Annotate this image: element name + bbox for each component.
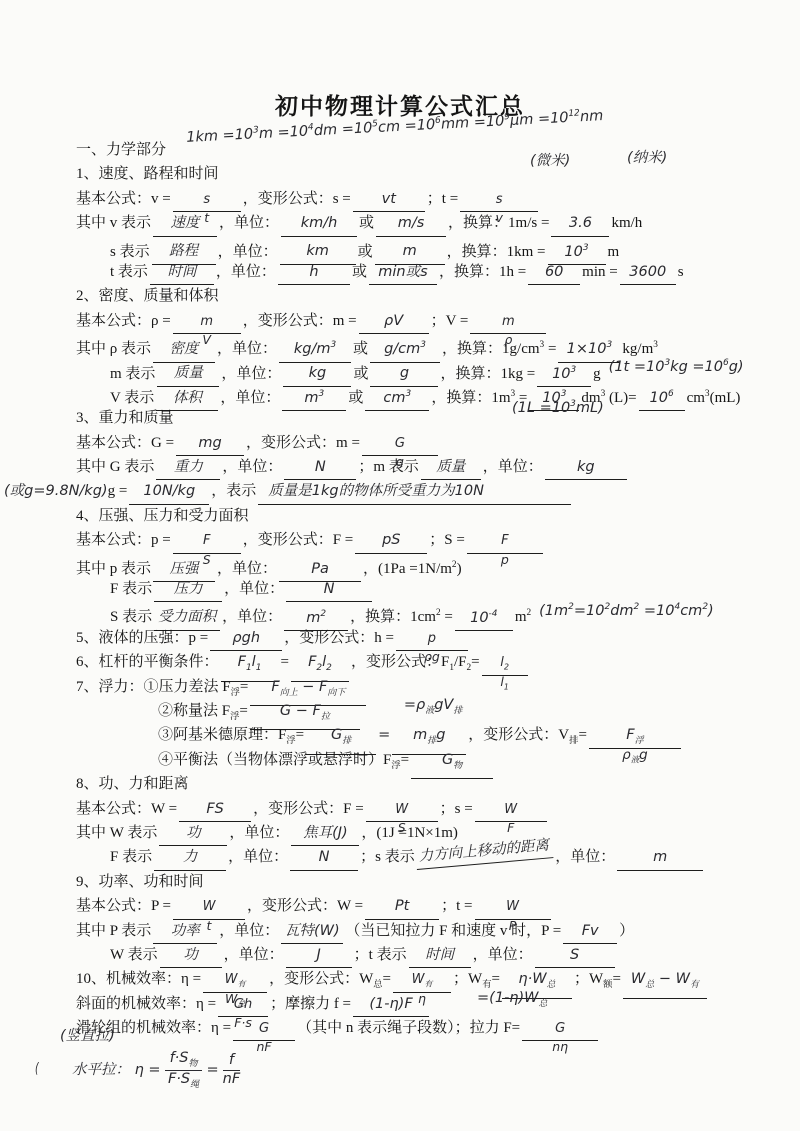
filled-blank: N <box>290 845 358 870</box>
printed-text: 或 <box>352 264 367 280</box>
superscript: 3 <box>511 389 516 399</box>
printed-text: ，变形公式：W = <box>247 898 363 914</box>
filled-blank: 质量是1kg的物体所受重力为10N <box>258 479 571 504</box>
fraction-denominator: P <box>475 920 551 933</box>
printed-text: ，变形公式：m = <box>243 313 357 329</box>
fraction-denominator: t <box>173 212 241 225</box>
formula-line: 5、液体的压强：p =ρgh，变形公式：h =pρg <box>0 626 800 650</box>
handwritten-text: (竖直拉) <box>60 1028 115 1044</box>
handwritten-fraction: f·S物F·S绳 <box>165 1050 203 1090</box>
superscript: 2 <box>604 603 610 613</box>
formula-line: s 表示路程，单位：km或m，换算：1km =103m <box>0 236 800 260</box>
formula-line: 1、速度、路程和时间 <box>0 162 800 186</box>
handwritten-text: (或g=9.8N/kg) <box>4 483 108 499</box>
filled-blank: N <box>284 455 356 480</box>
fraction-numerator: W <box>395 803 408 817</box>
printed-text: （其中 n 表示绳子段数）；拉力 F= <box>297 1020 520 1036</box>
filled-blank: 106 <box>639 382 685 411</box>
superscript: 3 <box>583 243 589 253</box>
filled-blank: 功 <box>159 821 227 846</box>
printed-text: cm3(mL) <box>687 390 741 406</box>
subscript: 2 <box>504 663 509 672</box>
printed-text: ；s 表示 <box>360 849 415 865</box>
superscript: -4 <box>489 609 498 619</box>
printed-text: ②称量法 F浮= <box>158 703 248 719</box>
fraction-numerator: f <box>223 1052 241 1070</box>
subscript: 有 <box>482 980 491 990</box>
subscript: 总 <box>373 980 382 990</box>
filled-blank: kg <box>545 455 627 480</box>
superscript: 3 <box>406 389 412 399</box>
superscript: 3 <box>653 340 658 350</box>
filled-blank: 时间 <box>150 260 214 285</box>
printed-text: ，单位： <box>224 947 284 963</box>
superscript: 3 <box>253 125 259 135</box>
filled-blank: FS <box>179 797 251 822</box>
printed-text: 或 <box>359 215 374 231</box>
printed-text: ，单位： <box>220 390 280 406</box>
handwritten-text: ( <box>35 1061 39 1077</box>
fraction-denominator: p <box>467 554 543 567</box>
fraction-denominator: ρ液g <box>589 749 681 764</box>
printed-text: ，单位： <box>229 825 289 841</box>
subscript: 浮 <box>286 736 295 746</box>
fraction-denominator: η <box>393 993 451 1006</box>
printed-text: ，变形公式：W总= <box>269 971 391 987</box>
formula-line: W 表示功，单位：J；t 表示时间，单位：S <box>0 943 800 967</box>
handwritten-text: = <box>378 727 390 743</box>
handwritten-annotation: (纳米) <box>627 146 667 167</box>
printed-text: m2 <box>515 609 531 625</box>
handwritten-text: 水平拉： η = <box>72 1062 161 1078</box>
subscript: 2 <box>326 663 332 673</box>
superscript: 2 <box>568 603 574 613</box>
superscript: 3 <box>420 340 426 350</box>
printed-text: ，(1Pa =1N/m2) <box>363 561 462 577</box>
formula-line: 10、机械效率：η =W有W总，变形公式：W总=W有η；W有=η·W总；W额=W… <box>0 967 800 991</box>
filled-blank: m3 <box>282 382 346 411</box>
printed-text: W 表示 <box>110 947 158 963</box>
fraction-blank: mV <box>173 309 241 334</box>
handwritten-annotation: (1L =103mL) <box>512 399 604 417</box>
formula-line: 基本公式：ρ =mV，变形公式：m =ρV；V =mρ <box>0 309 800 333</box>
fraction-denominator: v <box>460 212 538 225</box>
superscript: 3 <box>561 389 567 399</box>
formula-line: t 表示时间，单位：h或min或s，换算：1h =60min =3600s <box>0 260 800 284</box>
handwritten-fraction: fnF <box>223 1052 241 1088</box>
superscript: 2 <box>634 603 640 613</box>
printed-text: 基本公式：P = <box>76 898 171 914</box>
printed-text: ；V = <box>431 313 469 329</box>
subscript: 有 <box>690 980 699 990</box>
filled-blank: ρV <box>359 309 429 334</box>
printed-text: 其中 v 表示 <box>76 215 151 231</box>
superscript: 6 <box>435 116 441 126</box>
printed-text: 基本公式：v = <box>76 191 171 207</box>
formula-line: 基本公式：p =FS，变形公式：F =pS；S =Fp <box>0 528 800 552</box>
fraction-denominator: V <box>173 334 241 347</box>
subscript: 排 <box>427 736 436 746</box>
printed-text: ；W有= <box>453 971 500 987</box>
subscript: 浮 <box>230 712 239 722</box>
handwritten-text: (1L =103mL) <box>512 400 604 416</box>
fraction-blank: st <box>173 187 241 212</box>
superscript: 2 <box>436 608 441 618</box>
fraction-denominator: nF <box>223 1071 241 1088</box>
printed-text: s 表示 <box>110 243 150 259</box>
printed-text: = <box>281 654 289 670</box>
subscript: 总 <box>645 980 654 990</box>
handwritten-text: (纳米) <box>627 150 667 166</box>
filled-blank: G物 <box>411 748 493 779</box>
subscript: 物 <box>453 761 462 771</box>
printed-text: ；t 表示 <box>354 947 407 963</box>
printed-text: ，换算：1h = <box>439 264 526 280</box>
formula-line: (或g=9.8N/kg)g =10N/kg，表示质量是1kg的物体所受重力为10… <box>0 479 800 503</box>
fraction-blank: F浮ρ液g <box>589 723 681 748</box>
printed-text: ；摩擦力 f = <box>270 996 351 1012</box>
fraction-blank: Gnη <box>522 1016 598 1041</box>
printed-text: 或 <box>358 243 373 259</box>
printed-text: 基本公式：p = <box>76 532 171 548</box>
fraction-numerator: m <box>502 315 515 329</box>
printed-text: ，换算：1km = <box>447 243 546 259</box>
fraction-denominator: l1 <box>482 676 528 691</box>
printed-text: 7、浮力：①压力差法 F浮= <box>76 679 248 695</box>
formula-line: F 表示力，单位：N；s 表示力方向上移动的距离，单位：m <box>0 845 800 869</box>
page-title: 初中物理计算公式汇总 <box>0 88 800 121</box>
fraction-numerator: W <box>203 900 216 914</box>
superscript: 3 <box>570 399 576 409</box>
formula-line: 其中 v 表示速度，单位：km/h或m/s，换算：1m/s =3.6km/h <box>0 211 800 235</box>
printed-text: 其中 G 表示 <box>76 459 154 475</box>
printed-text: 或 <box>348 390 363 406</box>
printed-text: ；t = <box>427 191 458 207</box>
printed-text: ，单位： <box>483 459 543 475</box>
printed-text: kg/m3 <box>622 341 658 357</box>
printed-text: 6、杠杆的平衡条件： <box>76 654 219 670</box>
printed-text: 其中 p 表示 <box>76 561 151 577</box>
fraction-numerator: G <box>259 1022 269 1036</box>
superscript: 3 <box>606 340 612 350</box>
formula-line: ③阿基米德原理：F浮=G排=m排g，变形公式：V排=F浮ρ液g <box>0 723 800 747</box>
superscript: 12 <box>568 108 580 119</box>
printed-text: 斜面的机械效率：η = <box>76 996 216 1012</box>
filled-blank: pS <box>355 528 427 553</box>
fraction-blank: W有W总 <box>203 967 267 992</box>
formula-line: 基本公式：P =Wt，变形公式：W =Pt；t =WP <box>0 894 800 918</box>
fraction-blank: GnF <box>233 1016 295 1041</box>
fraction-denominator: F·S绳 <box>165 1071 203 1091</box>
handwritten-text: (1t =103kg =106g) <box>609 359 744 375</box>
superscript: 5 <box>372 119 378 129</box>
formula-line: m 表示质量，单位：kg或g，换算：1kg =103g(1t =103kg =1… <box>0 358 800 382</box>
formula-line: S 表示受力面积，单位：m2，换算：1cm2 =10-4m2(1m2=102dm… <box>0 601 800 625</box>
filled-blank: h <box>278 260 350 285</box>
printed-text: 9、功率、功和时间 <box>76 874 204 890</box>
printed-text: ，变形公式：F = <box>243 532 354 548</box>
printed-text: m <box>608 243 620 259</box>
fraction-denominator: ρ <box>470 334 546 347</box>
printed-text: ，单位： <box>222 459 282 475</box>
filled-blank: 焦耳(J) <box>291 821 359 846</box>
filled-blank: 功 <box>160 943 222 968</box>
fraction-numerator: f·S物 <box>165 1050 203 1071</box>
fraction-denominator: ρg <box>396 651 468 664</box>
filled-blank: min或s <box>369 260 437 285</box>
filled-blank: 瓦特(W) <box>281 919 343 944</box>
printed-text: ，变形公式：m = <box>246 435 360 451</box>
subscript: 排 <box>569 736 578 746</box>
fraction-blank: WS <box>366 797 438 822</box>
printed-text: ，变形公式：h = <box>284 630 394 646</box>
filled-blank: 3600 <box>620 260 676 285</box>
fraction-blank: mρ <box>470 309 546 334</box>
filled-blank: cm3 <box>365 382 429 411</box>
subscript: 1 <box>246 663 252 673</box>
printed-text: 基本公式：G = <box>76 435 174 451</box>
subscript: 绳 <box>190 1080 199 1090</box>
subscript: 向下 <box>327 687 345 697</box>
printed-text: ，单位： <box>473 947 533 963</box>
superscript: 3 <box>571 365 577 375</box>
printed-text: ，换算：1cm2 = <box>350 609 453 625</box>
filled-blank: 3.6 <box>551 211 609 236</box>
fraction-blank: sv <box>460 187 538 212</box>
subscript: 1 <box>256 663 262 673</box>
fraction-blank: W有η <box>393 967 451 992</box>
filled-blank: J <box>286 943 352 968</box>
printed-text: ③阿基米德原理：F浮= <box>158 727 304 743</box>
filled-blank: 60 <box>528 260 580 285</box>
fraction-numerator: p <box>428 632 436 646</box>
handwritten-text: (微米) <box>530 153 570 169</box>
formula-line: F 表示压力，单位：N <box>0 577 800 601</box>
printed-text: 一、力学部分 <box>76 142 166 158</box>
fraction-denominator: nη <box>522 1041 598 1054</box>
printed-text: ，表示 <box>211 483 256 499</box>
subscript: 2 <box>467 663 472 673</box>
fraction-blank: GhF·s <box>218 992 268 1017</box>
printed-text: ，单位： <box>224 581 284 597</box>
handwritten-text: =(1-η)W总 <box>477 990 547 1006</box>
superscript: 3 <box>705 389 710 399</box>
printed-text: s <box>678 264 684 280</box>
printed-text: m 表示 <box>110 365 155 381</box>
subscript: 液 <box>631 754 639 764</box>
filled-blank: km/h <box>281 211 357 236</box>
formula-line: 基本公式：W =FS，变形公式：F =WS；s =WF <box>0 797 800 821</box>
printed-text: ④平衡法（当物体漂浮或悬浮时）F浮= <box>158 752 409 768</box>
fraction-denominator: t <box>173 920 245 933</box>
superscript: 9 <box>504 112 510 122</box>
printed-text: 5、液体的压强：p = <box>76 630 208 646</box>
handwritten-text: =ρ液gV排 <box>404 697 462 713</box>
printed-text: 1、速度、路程和时间 <box>76 166 219 182</box>
fraction-blank: Wt <box>173 894 245 919</box>
filled-blank: Fv <box>563 919 617 944</box>
formula-line: 4、压强、压力和受力面积 <box>0 504 800 528</box>
subscript: 排 <box>342 736 351 746</box>
printed-text: ，单位： <box>555 849 615 865</box>
handwritten-annotation: 水平拉： η =f·S物F·S绳=fnF <box>72 1050 244 1090</box>
printed-text: 或 <box>353 341 368 357</box>
fraction-numerator: W <box>506 900 519 914</box>
formula-line: ②称量法 F浮=G − F拉=ρ液gV排 <box>0 699 800 723</box>
fraction-numerator: l2 <box>500 656 509 672</box>
printed-text: V 表示 <box>110 390 154 406</box>
fraction-numerator: F浮 <box>626 728 643 746</box>
superscript: 2 <box>526 608 531 618</box>
handwritten-text: = <box>206 1062 218 1078</box>
printed-text: ；S = <box>429 532 465 548</box>
printed-text: g <box>593 365 601 381</box>
filled-blank: S <box>535 943 615 968</box>
document-body: 一、力学部分1、速度、路程和时间基本公式：v =st，变形公式：s =vt；t … <box>0 138 800 1040</box>
printed-text: S 表示 <box>110 609 152 625</box>
printed-text: km/h <box>611 215 642 231</box>
formula-line: 2、密度、质量和体积 <box>0 284 800 308</box>
handwritten-annotation: (微米) <box>530 149 570 170</box>
fraction-numerator: F <box>203 534 210 548</box>
printed-text: 3、重力和质量 <box>76 410 174 426</box>
handwritten-text: (1m2=102dm2 =104cm2) <box>539 603 714 619</box>
filled-blank: mg <box>176 431 244 456</box>
printed-text: t 表示 <box>110 264 148 280</box>
subscript: 物 <box>188 1059 197 1069</box>
subscript: 总 <box>538 999 547 1009</box>
printed-text: min = <box>582 264 618 280</box>
filled-blank: W总 − W有 <box>623 967 707 998</box>
printed-text: ，变形公式：V排= <box>468 727 587 743</box>
subscript: 液 <box>425 706 434 716</box>
filled-blank: N <box>286 577 372 602</box>
filled-blank: vt <box>353 187 425 212</box>
fraction-blank: FS <box>173 528 241 553</box>
filled-blank: Pt <box>365 894 439 919</box>
superscript: 2 <box>702 603 708 613</box>
subscript: 2 <box>316 663 322 673</box>
printed-text: 2、密度、质量和体积 <box>76 288 219 304</box>
printed-text: 8、功、力和距离 <box>76 776 189 792</box>
printed-text: g = <box>108 483 128 499</box>
fraction-blank: WF <box>475 797 547 822</box>
fraction-denominator: S <box>173 554 241 567</box>
printed-text: 或 <box>353 365 368 381</box>
printed-text: 10、机械效率：η = <box>76 971 201 987</box>
superscript: 3 <box>319 389 325 399</box>
fraction-numerator: s <box>496 193 503 207</box>
formula-line: 其中 p 表示压强，单位：Pa，(1Pa =1N/m2) <box>0 553 800 577</box>
filled-blank: 时间 <box>409 943 471 968</box>
handwritten-annotation: ( <box>35 1016 39 1086</box>
subscript: 浮 <box>391 761 400 771</box>
formula-line: 其中 ρ 表示密度，单位：kg/m3或g/cm3，换算：1g/cm3 =1×10… <box>0 333 800 357</box>
printed-text: ，变形公式：s = <box>243 191 351 207</box>
subscript: 向上 <box>280 687 298 697</box>
subscript: 额 <box>603 980 612 990</box>
printed-text: ，单位： <box>216 264 276 280</box>
fraction-numerator: s <box>203 193 210 207</box>
subscript: 浮 <box>231 688 240 698</box>
printed-text: 其中 P 表示 <box>76 923 151 939</box>
fraction-numerator: G <box>555 1022 565 1036</box>
subscript: 拉 <box>321 712 330 722</box>
formula-line: 基本公式：v =st，变形公式：s =vt；t =sv <box>0 187 800 211</box>
superscript: 2 <box>452 560 457 570</box>
printed-text: ，单位： <box>218 243 278 259</box>
subscript: 有 <box>237 980 245 989</box>
subscript: 1 <box>449 663 454 673</box>
subscript: 有 <box>424 980 432 989</box>
printed-text: 4、压强、压力和受力面积 <box>76 508 249 524</box>
fraction-denominator: F <box>475 822 547 835</box>
printed-text: ，换算：1kg = <box>440 365 535 381</box>
filled-blank: m <box>617 845 703 870</box>
subscript: 总 <box>547 980 556 990</box>
printed-text: F 表示 <box>110 849 152 865</box>
printed-text: ） <box>619 923 634 939</box>
fraction-blank: Fp <box>467 528 543 553</box>
subscript: 1 <box>504 682 509 691</box>
superscript: 3 <box>664 359 670 369</box>
superscript: 6 <box>723 359 729 369</box>
superscript: 2 <box>320 609 326 619</box>
fraction-blank: pρg <box>396 626 468 651</box>
formula-line: 基本公式：G =mg，变形公式：m =Gg <box>0 431 800 455</box>
printed-text: ；s = <box>440 801 473 817</box>
subscript: 浮 <box>635 736 644 746</box>
filled-blank: 压力 <box>154 577 222 602</box>
formula-line: V 表示体积，单位：m3或cm3，换算：1m3 =103dm3 (L)=106c… <box>0 382 800 406</box>
printed-text: ，单位： <box>221 365 281 381</box>
fraction-blank: WP <box>475 894 551 919</box>
formula-line: 7、浮力：①压力差法 F浮=F向上 − F向下 <box>0 675 800 699</box>
printed-text: ，变形公式：F = <box>253 801 364 817</box>
printed-text: 其中 ρ 表示 <box>76 341 151 357</box>
superscript: 4 <box>308 122 314 132</box>
formula-line: 其中 P 表示功率，单位：瓦特(W)（当已知拉力 F 和速度 v 时，P =Fv… <box>0 919 800 943</box>
filled-blank: 力 <box>154 845 226 870</box>
fraction-blank: Gg <box>362 431 438 456</box>
filled-blank: m/s <box>376 211 446 236</box>
fraction-numerator: W <box>504 803 517 817</box>
fraction-denominator: S <box>366 822 438 835</box>
fraction-numerator: W有 <box>225 973 246 989</box>
printed-text: ；W额= <box>574 971 621 987</box>
superscript: 3 <box>601 389 606 399</box>
fraction-denominator: g <box>362 456 438 469</box>
filled-blank: 重力 <box>156 455 220 480</box>
fraction-numerator: G <box>395 437 405 451</box>
filled-blank: 10N/kg <box>129 479 209 504</box>
superscript: 3 <box>330 340 336 350</box>
physics-formula-sheet: 初中物理计算公式汇总 一、力学部分1、速度、路程和时间基本公式：v =st，变形… <box>0 0 800 1131</box>
formula-line: 9、功率、功和时间 <box>0 870 800 894</box>
fraction-numerator: W有 <box>412 973 433 989</box>
handwritten-annotation: (竖直拉) <box>60 1024 115 1045</box>
printed-text: ，单位： <box>222 609 282 625</box>
printed-text: 基本公式：W = <box>76 801 177 817</box>
printed-text: 其中 W 表示 <box>76 825 157 841</box>
printed-text: F 表示 <box>110 581 152 597</box>
formula-line: 8、功、力和距离 <box>0 772 800 796</box>
printed-text: 基本公式：ρ = <box>76 313 171 329</box>
fraction-numerator: F <box>501 534 508 548</box>
fraction-numerator: m <box>200 315 213 329</box>
superscript: 6 <box>668 389 674 399</box>
superscript: 4 <box>674 603 680 613</box>
